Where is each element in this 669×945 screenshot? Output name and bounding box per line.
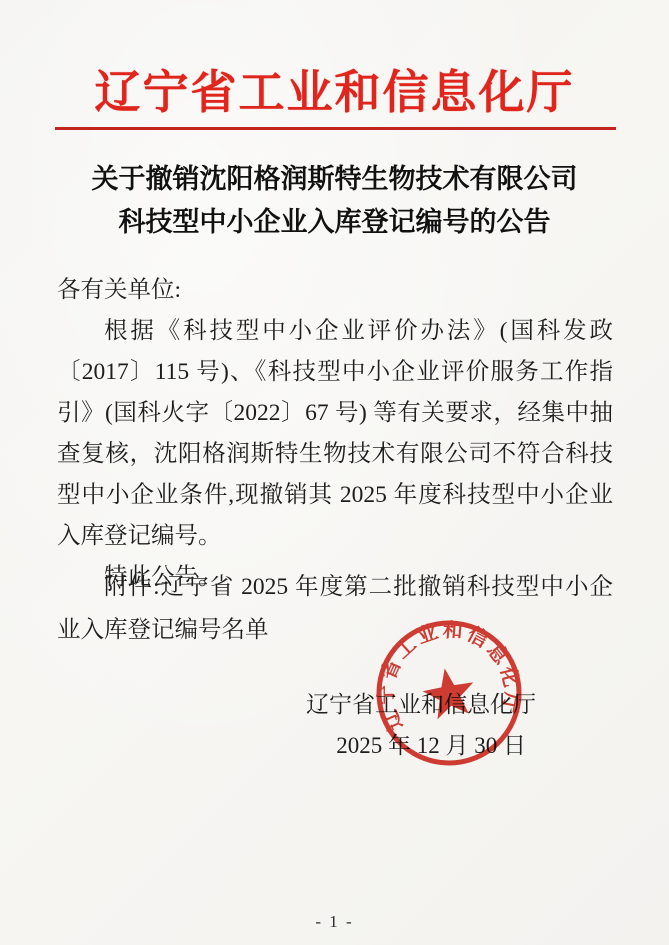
official-seal-icon: 辽宁省工业和信息化厅 (361, 605, 537, 781)
body-paragraph: 根据《科技型中小企业评价办法》(国科发政〔2017〕115 号)、《科技型中小企… (57, 311, 613, 557)
salutation: 各有关单位: (57, 270, 613, 311)
document-page: 辽宁省工业和信息化厅 关于撤销沈阳格润斯特生物技术有限公司 科技型中小企业入库登… (0, 0, 669, 945)
document-body: 各有关单位: 根据《科技型中小企业评价办法》(国科发政〔2017〕115 号)、… (57, 270, 613, 598)
document-title-line2: 科技型中小企业入库登记编号的公告 (0, 201, 669, 244)
document-title-line1: 关于撤销沈阳格润斯特生物技术有限公司 (0, 158, 669, 201)
letterhead-divider (55, 127, 616, 130)
document-title: 关于撤销沈阳格润斯特生物技术有限公司 科技型中小企业入库登记编号的公告 (0, 158, 669, 244)
seal-star-icon (419, 664, 478, 721)
agency-letterhead: 辽宁省工业和信息化厅 (0, 56, 669, 122)
attachment-note: 附件:辽宁省 2025 年度第二批撤销科技型中小企业入库登记编号名单 (57, 566, 613, 652)
page-number: - 1 - (0, 912, 669, 932)
